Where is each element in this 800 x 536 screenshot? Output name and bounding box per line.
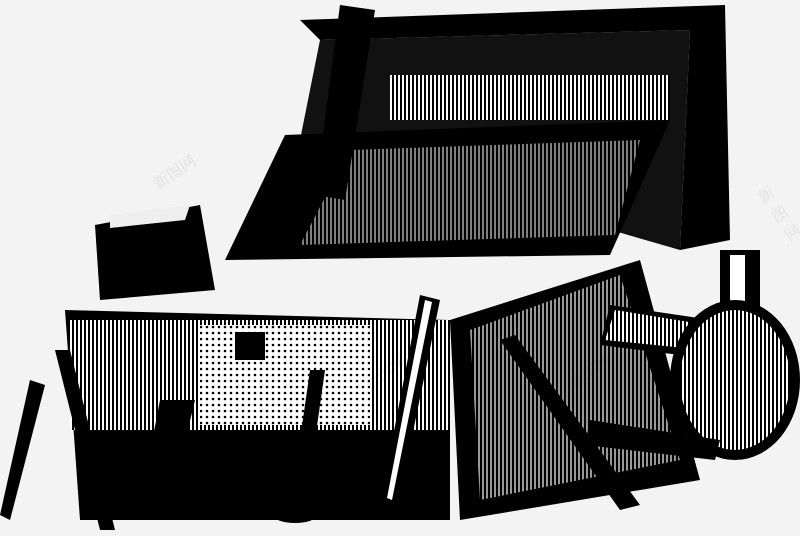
- toolbox-engraving: [0, 0, 800, 536]
- emblem-icon: [235, 332, 265, 360]
- illustration: 新图网 新图网 新图网 新图网: [0, 0, 800, 536]
- lid: [225, 5, 730, 260]
